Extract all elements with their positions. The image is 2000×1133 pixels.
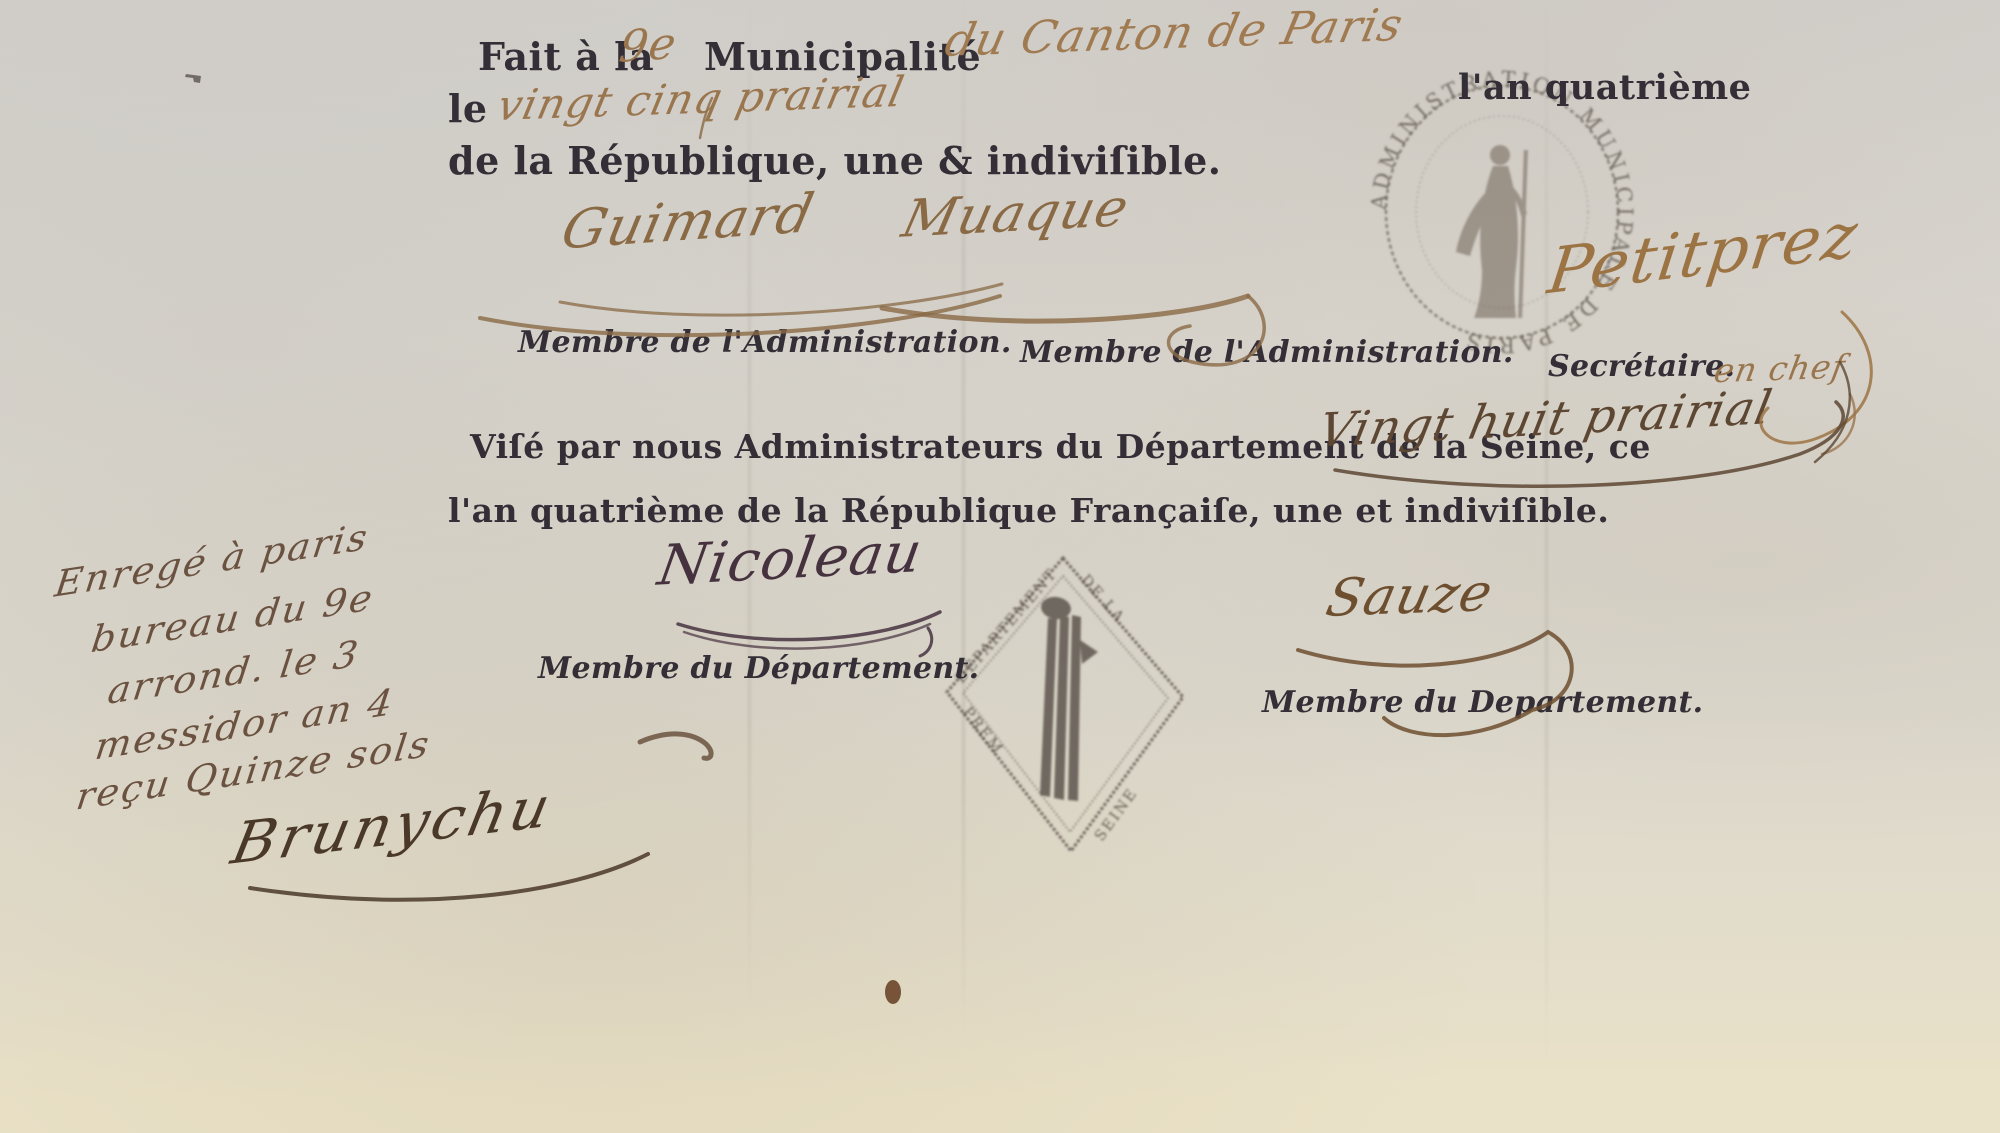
label-membre-departement-2: Membre du Departement.: [1262, 688, 1703, 718]
printed-le: le: [448, 90, 488, 128]
label-secretaire: Secrétaire.: [1548, 352, 1735, 382]
printed-an-quatrieme: l'an quatrième: [1458, 70, 1751, 105]
label-membre-administration-2: Membre de l'Administration.: [1020, 338, 1514, 368]
label-membre-administration-1: Membre de l'Administration.: [518, 328, 1012, 358]
signature-admin-member-2: Muaque: [897, 182, 1133, 246]
signature-sauze: Sauze: [1322, 567, 1498, 625]
printed-republique-line: de la République, une & indiviſible.: [448, 142, 1221, 180]
printed-vise-line-2: l'an quatrième de la République Françaiſ…: [448, 494, 1609, 527]
label-membre-departement-1: Membre du Département.: [538, 654, 979, 684]
signature-nicoleau: Nicoleau: [654, 525, 926, 595]
photograph-of-historical-document: ADMINISTRATION MUNICIPALE DE PARIS: [0, 0, 2000, 1133]
handwritten-municipality-number: 9e: [617, 22, 680, 70]
